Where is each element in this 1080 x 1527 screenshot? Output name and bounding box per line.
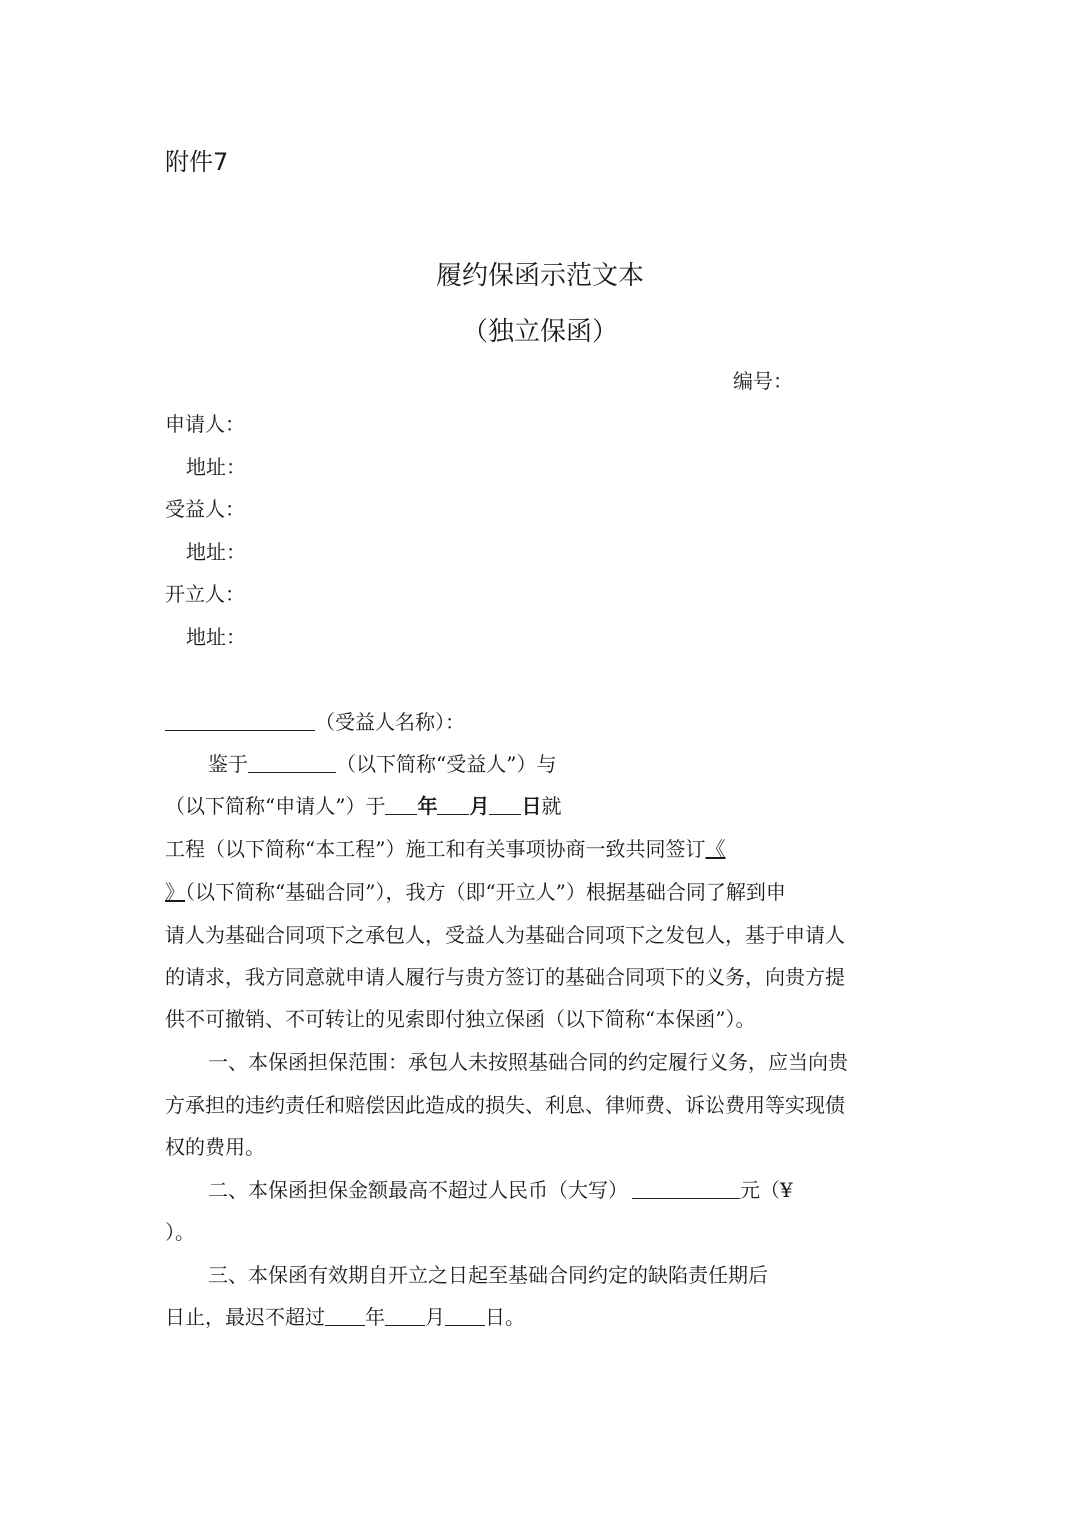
expiry-day-blank (445, 1305, 485, 1326)
paragraph-4-line-2: 日止，最迟不超过年月日。 (165, 1301, 525, 1330)
year-blank (385, 794, 417, 815)
paragraph-2-line-2: 方承担的违约责任和赔偿因此造成的损失、利息、律师费、诉讼费用等实现债 (165, 1089, 845, 1118)
document-title: 履约保函示范文本 (0, 255, 1080, 292)
beneficiary-address-label: 地址： (186, 536, 246, 565)
paragraph-2-line-1: 一、本保函担保范围：承包人未按照基础合同的约定履行义务，应当向贵 (208, 1046, 848, 1075)
beneficiary-name-blank (165, 710, 315, 731)
issuer-label: 开立人： (165, 578, 245, 607)
paragraph-1-line-3: 工程（以下简称“本工程”）施工和有关事项协商一致共同签订《 (165, 833, 725, 862)
amount-blank (632, 1178, 740, 1199)
paragraph-1-line-2: （以下简称“申请人”）于年月日就 (165, 790, 561, 819)
serial-number-label: 编号： (733, 365, 793, 394)
paragraph-3-line-2: ）。 (165, 1216, 195, 1245)
applicant-address-label: 地址： (186, 451, 246, 480)
beneficiary-label: 受益人： (165, 493, 245, 522)
day-blank (489, 794, 521, 815)
paragraph-1-line-7: 供不可撤销、不可转让的见索即付独立保函（以下简称“本保函”）。 (165, 1003, 755, 1032)
paragraph-1-line-6: 的请求，我方同意就申请人履行与贵方签订的基础合同项下的义务，向贵方提 (165, 961, 845, 990)
paragraph-1-line-5: 请人为基础合同项下之承包人，受益人为基础合同项下之发包人，基于申请人 (165, 919, 845, 948)
month-blank (437, 794, 469, 815)
expiry-month-blank (385, 1305, 425, 1326)
paragraph-2-line-3: 权的费用。 (165, 1131, 265, 1160)
paragraph-1-line-1: 鉴于（以下简称“受益人”）与 (208, 748, 556, 777)
paragraph-3-line-1: 二、本保函担保金额最高不超过人民币（大写）元（¥ (208, 1174, 793, 1203)
expiry-year-blank (325, 1305, 365, 1326)
attachment-label: 附件7 (165, 142, 228, 177)
document-subtitle: （独立保函） (0, 311, 1080, 348)
paragraph-4-line-1: 三、本保函有效期自开立之日起至基础合同约定的缺陷责任期后 (208, 1259, 768, 1288)
issuer-address-label: 地址： (186, 621, 246, 650)
applicant-label: 申请人： (165, 408, 245, 437)
paragraph-1-line-4: 》（以下简称“基础合同”），我方（即“开立人”）根据基础合同了解到申 (165, 876, 786, 905)
salutation-line: （受益人名称）： (165, 706, 465, 735)
beneficiary-blank (248, 752, 336, 773)
